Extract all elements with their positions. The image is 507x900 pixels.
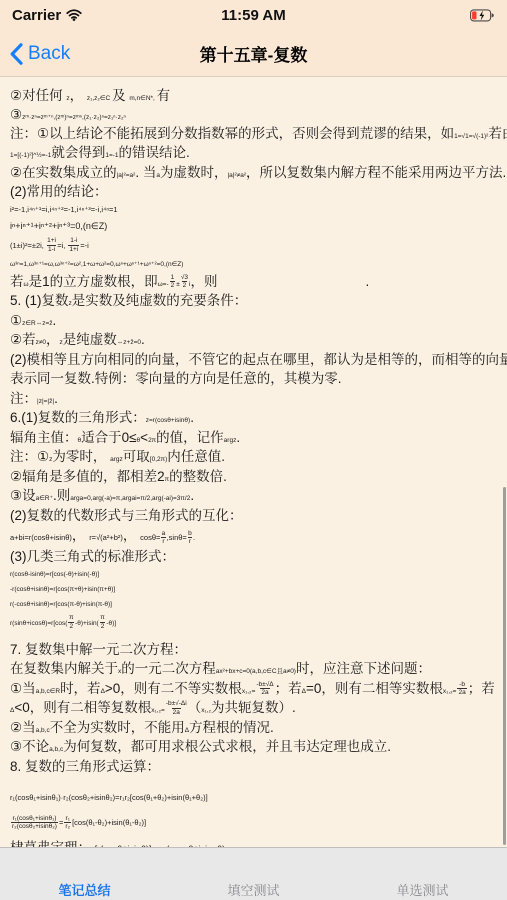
content-line: 8. 复数的三角形式运算：: [10, 757, 501, 777]
fraction: br: [188, 530, 192, 546]
content-line: 辐角主值：θ适合于0≤θ<2π的值，记作argz.: [10, 428, 501, 448]
content-line: r(sinθ+icosθ)=r[cos(π2-θ)+isin(π2-θ)]: [10, 612, 501, 634]
fraction: √32: [181, 274, 188, 290]
fraction: -b±√-Δi2a: [166, 700, 187, 716]
content-line: 注：①以上结论不能拓展到分数指数幂的形式，否则会得到荒谬的结果，如1=√1=√(…: [10, 124, 501, 144]
content-line: (2)模相等且方向相同的向量，不管它的起点在哪里，都认为是相等的，而相等的向量: [10, 350, 501, 370]
content-line: ③不论a,b,c为何复数，都可用求根公式求根，并且韦达定理也成立.: [10, 737, 501, 757]
content-line: r(cosθ-isinθ)=r[cos(-θ)+isin(-θ)]: [10, 567, 501, 582]
content-line: i²=-1,i⁴ⁿ⁺¹=i,i⁴ⁿ⁺²=-1,i⁴ⁿ⁺³=-i,i⁴ⁿ=1: [10, 202, 501, 217]
content-line: 5. (1)复数z是实数及纯虚数的充要条件：: [10, 291, 501, 311]
fraction: r₁r₂: [64, 815, 71, 831]
content-line: 1=[(-1)²]^½=-1就会得到1=-1的错误结论.: [10, 143, 501, 163]
content-line: (3)几类三角式的标准形式：: [10, 547, 501, 567]
chevron-left-icon: [10, 43, 23, 65]
carrier-label: Carrier: [12, 7, 61, 24]
content-line: 6.(1)复数的三角形式：z=r(cosθ+isinθ).: [10, 408, 501, 428]
content-line: ②对任何 z， z₁,z₂∈C 及 m,n∈N*, 有: [10, 86, 501, 106]
content-line: ①当a,b,c∈R时，若Δ>0，则有二不等实数根x₁,₂=-b±√Δ2a；若Δ=…: [10, 679, 501, 699]
fraction: π2: [68, 614, 74, 630]
content-line: ③设a∈R⁺.则arga=0,arg(-a)=π,argai=π/2,arg(-…: [10, 486, 501, 506]
content-line: a+bi=r(cosθ+isinθ)， r=√(a²+b²)， cosθ=ar,…: [10, 525, 501, 547]
tab-bar: 笔记总结 填空测试 单选测试: [0, 847, 507, 900]
content-line: ②在实数集成立的|a|²=a². 当a为虚数时，|a|²≠a²，所以复数集内解方…: [10, 163, 501, 183]
content-line: r₁(cosθ₁+isinθ₁)r₂(cosθ₂+isinθ₂)=r₁r₂[co…: [10, 812, 501, 834]
wifi-icon: [66, 9, 82, 21]
content-line: ②若z≠0，z是纯虚数⇔z+z̄=0.: [10, 330, 501, 350]
content-line: ②当a,b,c不全为实数时，不能用Δ方程根的情况.: [10, 718, 501, 738]
status-bar: Carrier 11:59 AM: [0, 0, 507, 30]
fraction: 1+i1-i: [47, 237, 56, 253]
tab-single-choice-test[interactable]: 单选测试: [338, 880, 507, 900]
content-line: (2)复数的代数形式与三角形式的互化：: [10, 506, 501, 526]
back-button[interactable]: Back: [10, 40, 70, 68]
content-line: iⁿ+iⁿ⁺¹+iⁿ⁺²+iⁿ⁺³=0,(n∈Z): [10, 217, 501, 235]
notes-body: ②对任何 z， z₁,z₂∈C 及 m,n∈N*, 有③zᵐ·zⁿ=zᵐ⁺ⁿ,(…: [0, 78, 507, 847]
content-line: 注：|z|=|z̄|.: [10, 389, 501, 409]
content-line: 若ω是1的立方虚数根，即ω=-12±√32i，则.: [10, 272, 501, 292]
back-label: Back: [28, 43, 70, 65]
content-line: (1±i)²=±2i, 1+i1-i=i, 1-i1+i=-i: [10, 235, 501, 257]
fraction: ar: [161, 530, 165, 546]
fraction: 1-i1+i: [68, 237, 79, 253]
fraction: -b2a: [457, 681, 466, 697]
content-line: 在复数集内解关于x的一元二次方程ax²+bx+c=0(a,b,c∈C且a≠0)时…: [10, 659, 501, 679]
content-line: Δ<0，则有二相等复数根x₁,₂=-b±√-Δi2a（x₁,₂为共轭复数）.: [10, 698, 501, 718]
content-line: 表示同一复数.特例：零向量的方向是任意的，其模为零.: [10, 369, 501, 389]
content-line: 7. 复数集中解一元二次方程：: [10, 640, 501, 660]
fraction: 12: [170, 274, 176, 290]
nav-bar: Back 第十五章-复数: [0, 30, 507, 77]
tab-fill-blank-test[interactable]: 填空测试: [169, 880, 338, 900]
app-screen: Carrier 11:59 AM: [0, 0, 507, 900]
content-line: r₁(cosθ₁+isinθ₁)·r₂(cosθ₂+isinθ₂)=r₁r₂[c…: [10, 788, 501, 806]
content-line: -r(cosθ+isinθ)=r[cos(π+θ)+isin(π+θ)]: [10, 582, 501, 597]
fraction: r₁(cosθ₁+isinθ₁)r₂(cosθ₂+isinθ₂): [11, 815, 58, 831]
fraction: π2: [100, 614, 106, 630]
tab-notes-summary[interactable]: 笔记总结: [0, 880, 169, 900]
content-line: 注：①z为零时， argz可取[0,2π)内任意值.: [10, 447, 501, 467]
content-line: (2)常用的结论：: [10, 182, 501, 202]
fraction: -b±√Δ2a: [256, 681, 273, 697]
content-line: r(-cosθ+isinθ)=r[cos(π-θ)+isin(π-θ)]: [10, 597, 501, 612]
battery-charging-icon: [470, 9, 495, 22]
page-title: 第十五章-复数: [0, 41, 507, 66]
content-line: ①z∈R⇔z=z̄.: [10, 311, 501, 331]
content-line: ω³ⁿ=1,ω³ⁿ⁺¹=ω,ω³ⁿ⁺²=ω²,1+ω+ω²=0,ωⁿ+ωⁿ⁺¹+…: [10, 257, 501, 272]
carrier-group: Carrier: [12, 7, 82, 24]
content-line: ②辐角是多值的，都相差2π的整数倍.: [10, 467, 501, 487]
scrollbar-thumb[interactable]: [503, 487, 506, 845]
content-line: 棣莫弗定理： [r(cosθ+isinθ)]ⁿ=rⁿ(cosnθ+isinnθ): [10, 838, 501, 847]
content-line: ③zᵐ·zⁿ=zᵐ⁺ⁿ,(zᵐ)ⁿ=zᵐⁿ,(z₁·z₂)ⁿ=z₁ⁿ·z₂ⁿ: [10, 106, 501, 124]
